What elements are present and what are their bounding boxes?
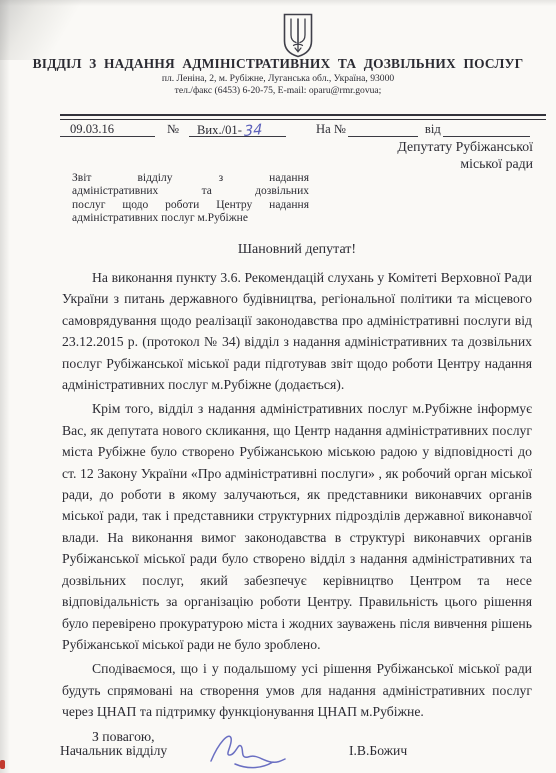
scan-corner-shadow: [0, 0, 110, 60]
red-scan-mark: [0, 760, 5, 769]
subject-line: адміністративних послуг м.Рубіжне: [72, 212, 309, 225]
number-sign-label: №: [167, 122, 179, 137]
subject-block: Звіт відділу з надання адміністративних …: [72, 172, 309, 225]
handwritten-outgoing-number: 34: [244, 122, 262, 140]
handwritten-signature-icon: [205, 730, 295, 770]
from-date-label: від: [425, 122, 441, 137]
from-date-blank: [443, 122, 530, 137]
outgoing-date: 09.03.16: [60, 122, 155, 137]
scanned-letter-page: ВІДДІЛ З НАДАННЯ АДМІНІСТРАТИВНИХ ТА ДОЗ…: [0, 0, 556, 773]
ukraine-trident-emblem-icon: [283, 13, 313, 58]
letter-body: На виконання пункту 3.6. Рекомендацій сл…: [62, 267, 532, 750]
subject-line: адміністративних та дозвільних: [72, 185, 309, 198]
outgoing-number-field: Вих./01-34: [189, 122, 286, 137]
body-paragraph: Сподіваємося, що і у подальшому усі ріше…: [62, 658, 532, 722]
incoming-number-label: На №: [316, 122, 346, 137]
recipient-block: Депутату Рубіжанської міської ради: [397, 139, 533, 172]
body-paragraph: На виконання пункту 3.6. Рекомендацій сл…: [62, 267, 532, 395]
recipient-line: Депутату Рубіжанської: [397, 139, 533, 156]
scan-edge-shadow: [0, 0, 10, 773]
salutation: Шановний депутат!: [62, 242, 532, 258]
header-divider-rule: [60, 114, 546, 120]
reference-row: 09.03.16 № Вих./01-34 На № від: [60, 121, 546, 137]
subject-line: Звіт відділу з надання: [72, 172, 309, 185]
incoming-number-blank: [348, 122, 418, 137]
outgoing-number-prefix: Вих./01-: [197, 123, 242, 137]
scan-top-shadow: [0, 0, 556, 6]
signer-position: Начальник відділу: [60, 743, 167, 759]
signer-name: І.В.Божич: [349, 743, 407, 759]
recipient-line: міської ради: [397, 156, 533, 173]
org-contacts: тел./факс (6453) 6-20-75, E-mail: oparu@…: [0, 85, 556, 96]
org-address: пл. Леніна, 2, м. Рубіжне, Луганська обл…: [0, 73, 556, 84]
body-paragraph: Крім того, відділ з надання адміністрати…: [62, 398, 532, 655]
subject-line: послуг щодо роботи Центру надання: [72, 199, 309, 212]
org-name: ВІДДІЛ З НАДАННЯ АДМІНІСТРАТИВНИХ ТА ДОЗ…: [0, 56, 556, 72]
